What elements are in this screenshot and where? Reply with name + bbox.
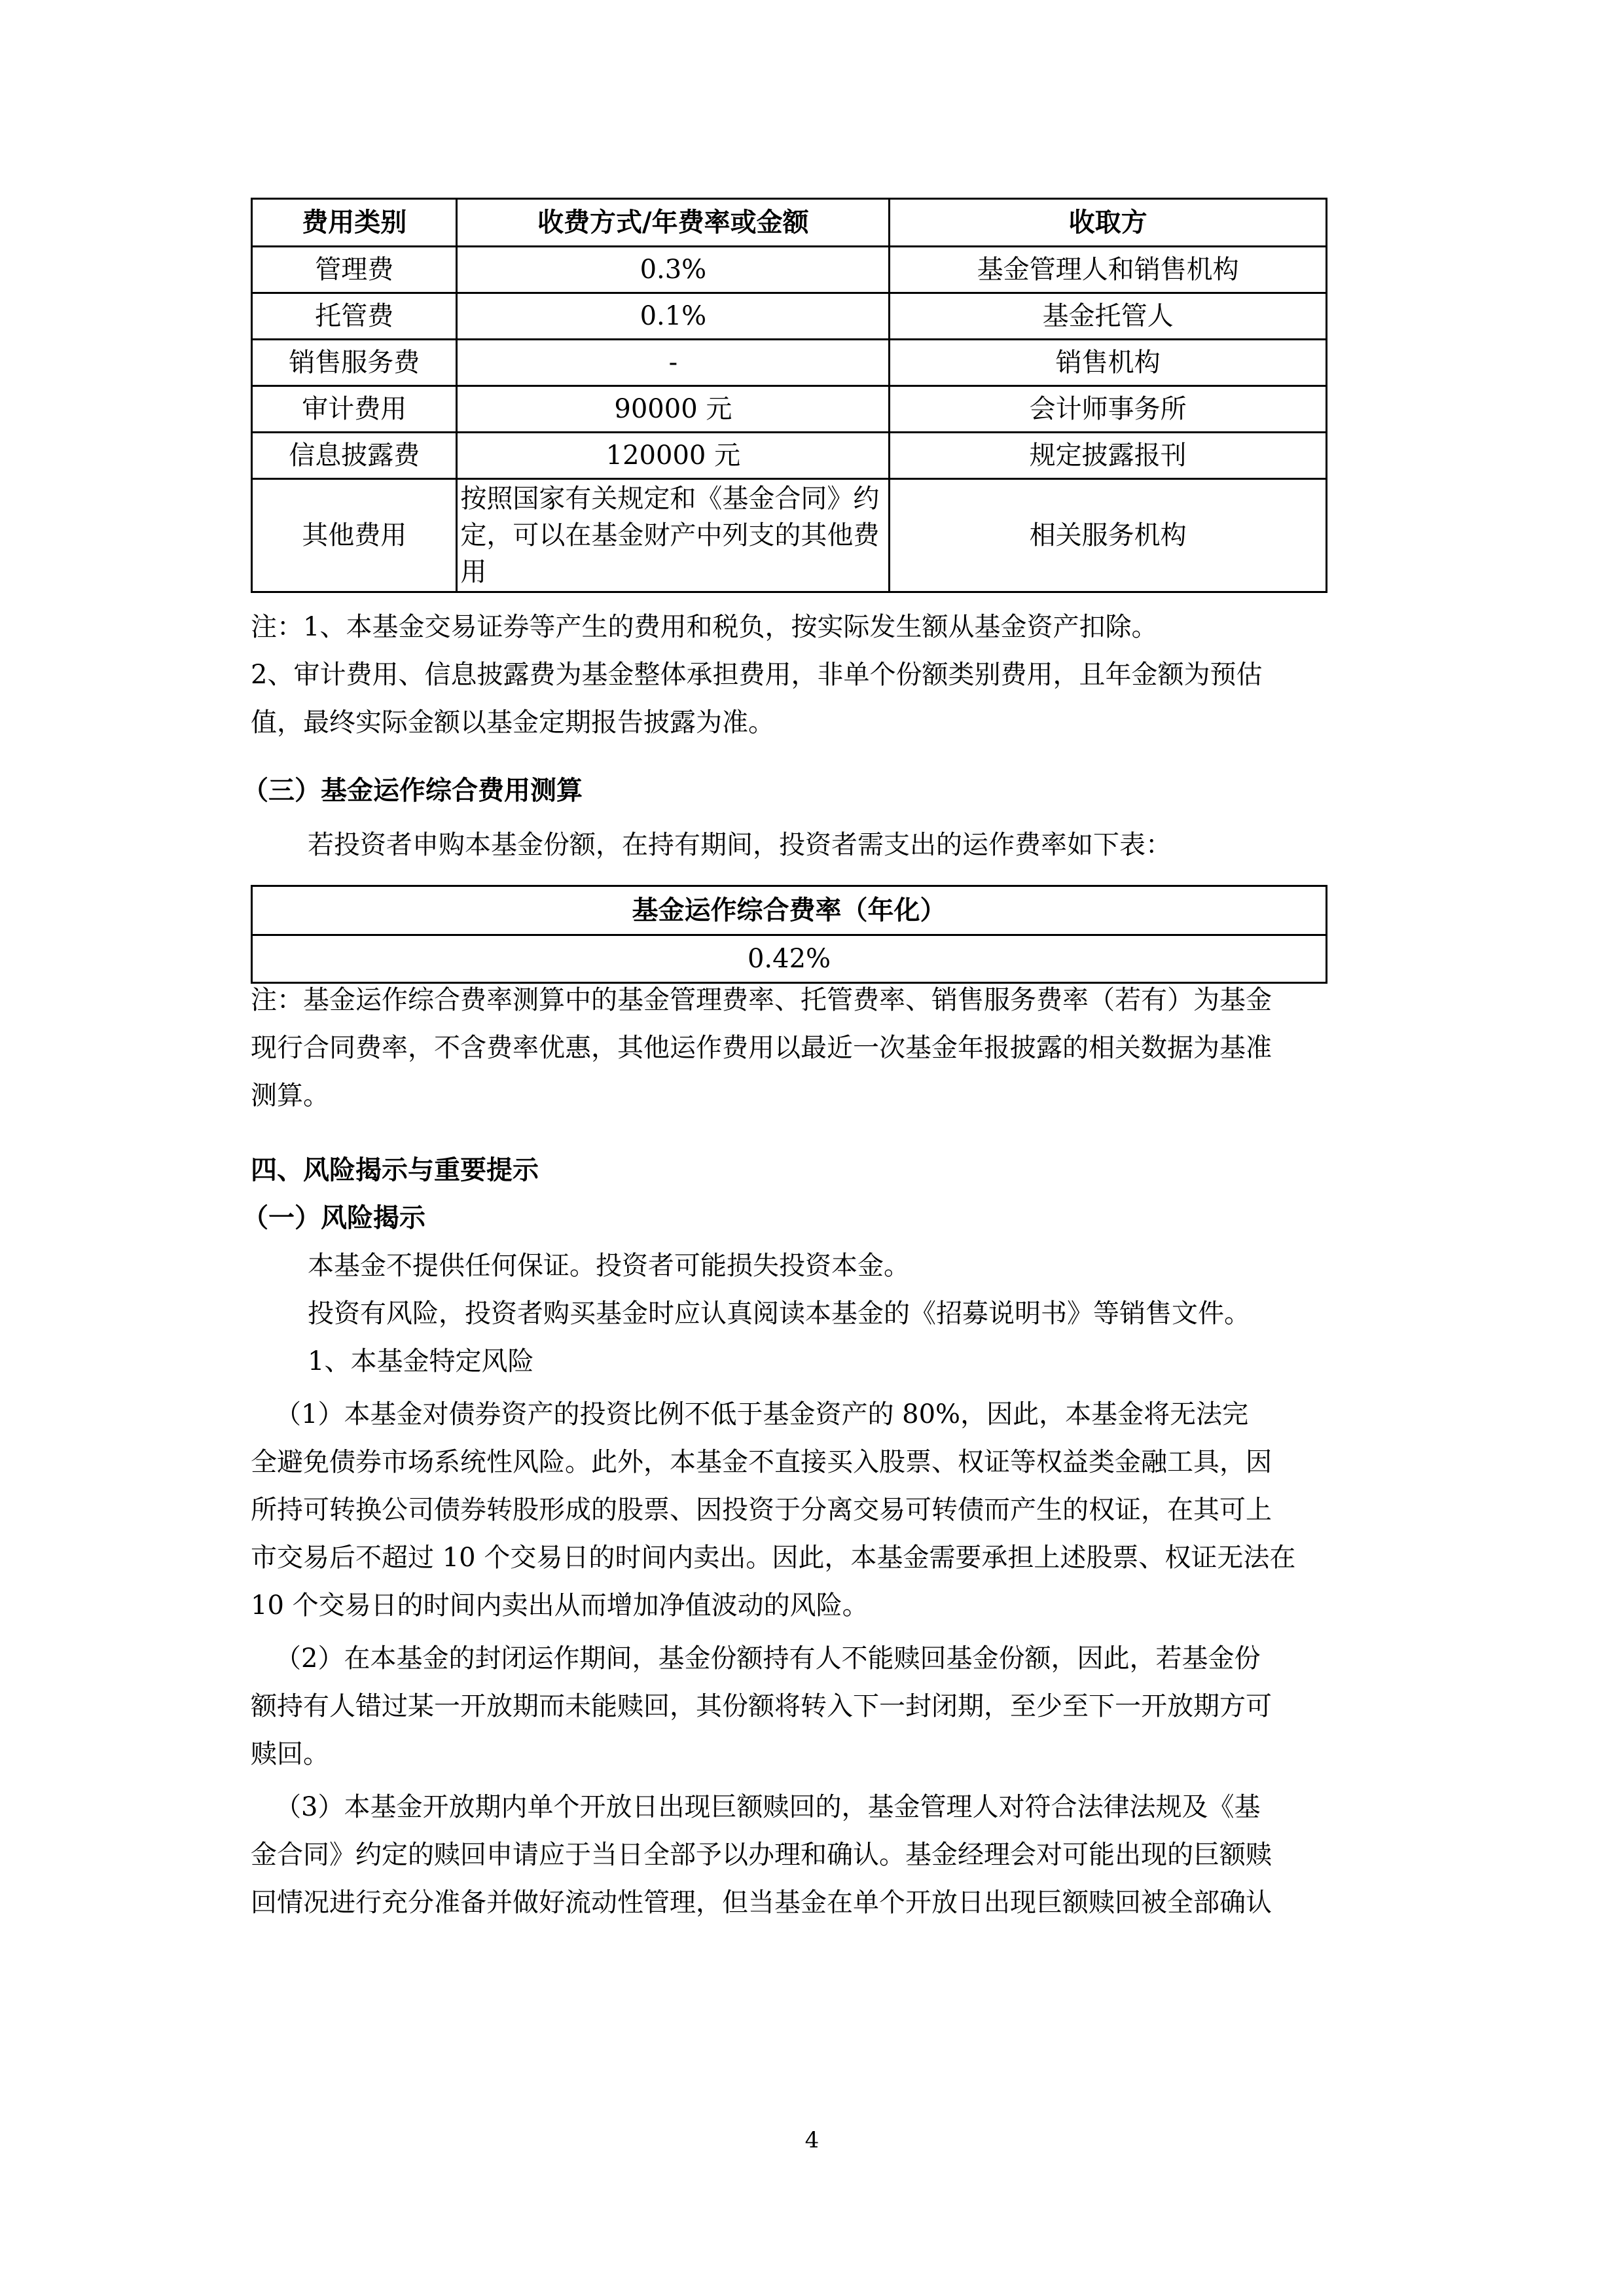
fee-table-header: 收取方: [890, 199, 1327, 247]
fee-recipient: 基金管理人和销售机构: [890, 247, 1327, 293]
risk-1-line: 全避免债券市场系统性风险。此外，本基金不直接买入股票、权证等权益类金融工具，因: [251, 1444, 1272, 1480]
document-page: 费用类别 收费方式/年费率或金额 收取方 管理费 0.3% 基金管理人和销售机构…: [0, 0, 1624, 2296]
table-row: 审计费用 90000 元 会计师事务所: [252, 386, 1327, 433]
fee-rate: 0.3%: [457, 247, 890, 293]
risk-1-line: 所持可转换公司债券转股形成的股票、因投资于分离交易可转债而产生的权证，在其可上: [251, 1492, 1272, 1528]
risk-1-line: 市交易后不超过 10 个交易日的时间内卖出。因此，本基金需要承担上述股票、权证无…: [251, 1539, 1295, 1576]
fee-table-header: 费用类别: [252, 199, 457, 247]
fee-category: 管理费: [252, 247, 457, 293]
rate-note-line-2: 现行合同费率，不含费率优惠，其他运作费用以最近一次基金年报披露的相关数据为基准: [251, 1030, 1272, 1066]
fee-category: 信息披露费: [252, 433, 457, 479]
risk-paragraph-2: 投资有风险，投资者购买基金时应认真阅读本基金的《招募说明书》等销售文件。: [308, 1295, 1250, 1332]
fee-recipient: 销售机构: [890, 340, 1327, 386]
risk-3-line: （3）本基金开放期内单个开放日出现巨额赎回的，基金管理人对符合法律法规及《基: [275, 1789, 1260, 1825]
fee-rate-text: 按照国家有关规定和《基金合同》约定，可以在基金财产中列支的其他费用: [460, 480, 886, 590]
fee-note-1: 注：1、本基金交易证券等产生的费用和税负，按实际发生额从基金资产扣除。: [251, 609, 1157, 645]
table-row: 托管费 0.1% 基金托管人: [252, 293, 1327, 340]
table-row: 其他费用 按照国家有关规定和《基金合同》约定，可以在基金财产中列支的其他费用 相…: [252, 479, 1327, 592]
fee-table: 费用类别 收费方式/年费率或金额 收取方 管理费 0.3% 基金管理人和销售机构…: [251, 198, 1327, 593]
risk-paragraph-1: 本基金不提供任何保证。投资者可能损失投资本金。: [308, 1247, 910, 1284]
composite-rate-header: 基金运作综合费率（年化）: [252, 886, 1327, 935]
fee-category: 其他费用: [252, 479, 457, 592]
fee-category: 托管费: [252, 293, 457, 340]
rate-note-line-3: 测算。: [251, 1077, 329, 1114]
rate-note-line-1: 注：基金运作综合费率测算中的基金管理费率、托管费率、销售服务费率（若有）为基金: [251, 982, 1272, 1018]
table-row: 销售服务费 - 销售机构: [252, 340, 1327, 386]
section-4-heading: 四、风险揭示与重要提示: [251, 1152, 539, 1189]
fee-note-2-line-2: 值，最终实际金额以基金定期报告披露为准。: [251, 704, 774, 741]
fee-recipient: 会计师事务所: [890, 386, 1327, 433]
fee-table-header: 收费方式/年费率或金额: [457, 199, 890, 247]
fee-table-header-row: 费用类别 收费方式/年费率或金额 收取方: [252, 199, 1327, 247]
fee-note-2-line-1: 2、审计费用、信息披露费为基金整体承担费用，非单个份额类别费用，且年金额为预估: [251, 656, 1262, 693]
risk-2-line: （2）在本基金的封闭运作期间，基金份额持有人不能赎回基金份额，因此，若基金份: [275, 1640, 1260, 1677]
fee-category: 审计费用: [252, 386, 457, 433]
fee-recipient: 规定披露报刊: [890, 433, 1327, 479]
fee-recipient: 相关服务机构: [890, 479, 1327, 592]
risk-2-line: 额持有人错过某一开放期而未能赎回，其份额将转入下一封闭期，至少至下一开放期方可: [251, 1688, 1272, 1725]
composite-rate-table: 基金运作综合费率（年化） 0.42%: [251, 885, 1327, 984]
fee-rate: 120000 元: [457, 433, 890, 479]
risk-1-line: 10 个交易日的时间内卖出从而增加净值波动的风险。: [251, 1587, 869, 1624]
section-3-intro: 若投资者申购本基金份额，在持有期间，投资者需支出的运作费率如下表：: [308, 827, 1172, 863]
fee-rate: -: [457, 340, 890, 386]
section-4-1-heading: （一）风险揭示: [242, 1200, 425, 1236]
risk-2-line: 赎回。: [251, 1736, 329, 1772]
page-number: 4: [0, 2127, 1624, 2153]
table-row: 信息披露费 120000 元 规定披露报刊: [252, 433, 1327, 479]
risk-1-line: （1）本基金对债券资产的投资比例不低于基金资产的 80%，因此，本基金将无法完: [275, 1396, 1248, 1433]
section-3-heading: （三）基金运作综合费用测算: [242, 772, 583, 809]
fee-recipient: 基金托管人: [890, 293, 1327, 340]
fee-rate: 90000 元: [457, 386, 890, 433]
risk-3-line: 回情况进行充分准备并做好流动性管理，但当基金在单个开放日出现巨额赎回被全部确认: [251, 1884, 1272, 1921]
risk-3-line: 金合同》约定的赎回申请应于当日全部予以办理和确认。基金经理会对可能出现的巨额赎: [251, 1837, 1272, 1873]
fee-rate: 按照国家有关规定和《基金合同》约定，可以在基金财产中列支的其他费用: [457, 479, 890, 592]
fee-rate: 0.1%: [457, 293, 890, 340]
table-row: 管理费 0.3% 基金管理人和销售机构: [252, 247, 1327, 293]
fee-category: 销售服务费: [252, 340, 457, 386]
composite-rate-value: 0.42%: [252, 935, 1327, 983]
specific-risk-heading: 1、本基金特定风险: [308, 1343, 533, 1380]
